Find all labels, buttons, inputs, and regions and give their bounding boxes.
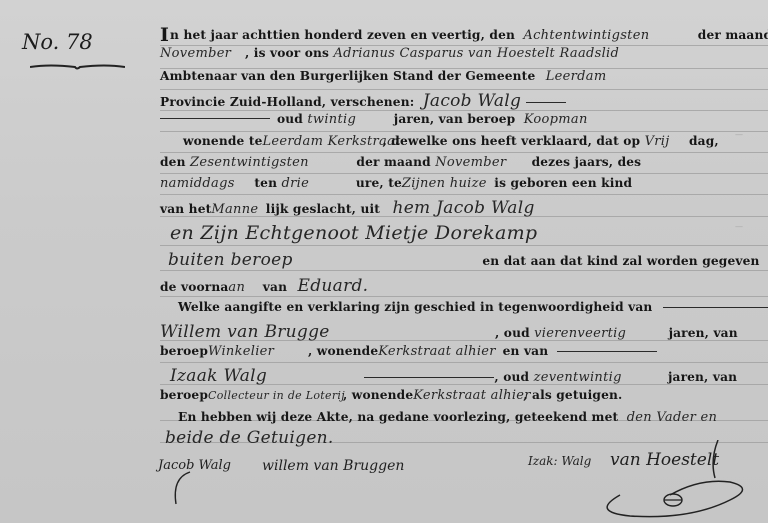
official-signature-flourish-icon — [580, 440, 765, 520]
bleed-through-text: — — [735, 130, 743, 139]
ruled-line — [160, 362, 768, 363]
handwritten-birth-day: Zesentwintigsten — [190, 155, 352, 170]
handwritten-official: Adrianus Casparus van Hoestelt Raadslid — [333, 46, 619, 61]
handwritten-birth-month: November — [435, 155, 527, 170]
handwritten-declarant-occupation: Koopman — [524, 112, 588, 127]
drop-initial: I — [160, 24, 169, 46]
handwritten-mother: en Zijn Echtgenoot Mietje Dorekamp — [170, 222, 537, 244]
printed-text: lijk geslacht, uit — [266, 202, 380, 216]
text-line-16: Izaak Walg , oud zeventwintig jaren, van — [160, 366, 737, 386]
printed-text: wonende te — [183, 134, 263, 148]
text-line-4: Provincie Zuid-Holland, verschenen: Jaco… — [160, 91, 566, 111]
signature-witness1: willem van Bruggen — [262, 458, 404, 474]
handwritten-birth-place: Zijnen huize — [402, 176, 490, 191]
printed-text: , is voor ons — [245, 46, 329, 60]
handwritten-child-name: Eduard. — [298, 276, 369, 296]
handwritten-witness1-age: vierenveertig — [534, 326, 664, 341]
printed-text: jaren, van — [668, 370, 737, 384]
handwritten-name-suffix: an — [228, 280, 258, 295]
handwritten-birth-hour: drie — [282, 176, 352, 191]
ruled-line — [160, 89, 768, 90]
ruled-line — [160, 245, 768, 246]
printed-text: Provincie Zuid-Holland, verschenen: — [160, 95, 414, 109]
printed-text: , oud — [494, 370, 529, 384]
ruled-line — [160, 152, 768, 153]
text-line-7: den Zesentwintigsten der maand November … — [160, 155, 641, 170]
handwritten-municipality: Leerdam — [546, 69, 607, 84]
printed-text: van het — [160, 202, 211, 216]
printed-text: der maand — [698, 28, 768, 42]
handwritten-witness2-name: Izaak Walg — [160, 366, 360, 386]
handwritten-sex: Manne — [211, 202, 261, 217]
printed-text: oud — [277, 112, 303, 126]
blank-line — [663, 307, 768, 308]
blank-line — [557, 351, 657, 352]
printed-text: beroep — [160, 388, 208, 402]
flourish-underline-icon — [30, 64, 125, 70]
printed-text: der maand — [356, 155, 430, 169]
signature-flourish-icon — [170, 468, 200, 508]
record-number: No. 78 — [22, 30, 93, 54]
handwritten-witness2-age: zeventwintig — [534, 370, 664, 385]
printed-text: jaren, van beroep — [394, 112, 516, 126]
printed-text: dag, — [689, 134, 719, 148]
handwritten-time-of-day: namiddags — [160, 176, 250, 191]
blank-line — [160, 118, 270, 119]
handwritten-signed-with: den Vader en — [627, 410, 718, 425]
bleed-through-text: — — [735, 222, 743, 231]
printed-text: is geboren een kind — [494, 176, 632, 190]
printed-text: de voorna — [160, 280, 228, 294]
handwritten-declarant: Jacob Walg — [423, 91, 521, 111]
handwritten-witness1-name: Willem van Brugge — [160, 322, 495, 342]
printed-text: , oud — [495, 326, 530, 340]
handwritten-day-of-act: Achtentwintigsten — [523, 28, 693, 43]
ruled-line — [160, 296, 768, 297]
handwritten-month-of-act: November — [160, 46, 245, 61]
printed-text: Welke aangifte en verklaring zijn geschi… — [178, 300, 652, 314]
text-line-2: November, is voor ons Adrianus Casparus … — [160, 46, 619, 61]
printed-text: ten — [254, 176, 277, 190]
printed-text: ure, te — [356, 176, 402, 190]
printed-text: en dat aan dat kind zal worden gegeven — [482, 254, 759, 268]
handwritten-witness2-occupation: Collecteur in de Loterij — [208, 389, 343, 402]
handwritten-witness1-occupation: Winkelier — [208, 344, 308, 359]
text-line-5: oud twintig jaren, van beroep Koopman — [277, 112, 588, 127]
printed-text: dezes jaars, des — [532, 155, 642, 169]
text-line-9: van hetManne lijk geslacht, uit hem Jaco… — [160, 198, 535, 218]
text-line-15: beroepWinkelier, wonendeKerkstraat alhie… — [160, 344, 657, 359]
handwritten-signed-with-continued: beide de Getuigen. — [165, 428, 334, 448]
handwritten-declarant-age: twintig — [307, 112, 389, 127]
handwritten-witness1-residence: Kerkstraat alhier — [378, 344, 498, 359]
printed-text: En hebben wij deze Akte, na gedane voorl… — [178, 410, 618, 424]
printed-text: , als getuigen. — [523, 388, 622, 402]
text-line-3: Ambtenaar van den Burgerlijken Stand der… — [160, 69, 606, 84]
text-line-1: In het jaar achttien honderd zeven en ve… — [160, 24, 768, 46]
handwritten-declarant-residence: Leerdam Kerkstraat — [263, 134, 383, 149]
printed-text: , wonende — [308, 344, 378, 358]
ruled-line — [160, 194, 768, 195]
text-line-19: beide de Getuigen. — [165, 428, 334, 448]
printed-text: jaren, van — [669, 326, 738, 340]
printed-text: , dewelke ons heeft verklaard, dat op — [383, 134, 641, 148]
printed-text: Ambtenaar van den Burgerlijken Stand der… — [160, 69, 535, 83]
text-line-6: wonende teLeerdam Kerkstraat, dewelke on… — [183, 134, 719, 149]
printed-text: en van — [503, 344, 549, 358]
printed-text: beroep — [160, 344, 208, 358]
text-line-13: Welke aangifte en verklaring zijn geschi… — [178, 300, 768, 314]
text-line-8: namiddags ten drie ure, teZijnen huize i… — [160, 176, 632, 191]
text-line-12: de voornaan van Eduard. — [160, 276, 368, 296]
printed-text: van — [263, 280, 287, 294]
handwritten-witness2-residence: Kerkstraat alhier — [413, 388, 523, 403]
text-line-10: en Zijn Echtgenoot Mietje Dorekamp — [170, 222, 537, 244]
text-line-17: beroepCollecteur in de Loterij, wonendeK… — [160, 388, 622, 403]
text-line-18: En hebben wij deze Akte, na gedane voorl… — [178, 410, 717, 425]
printed-text: n het jaar achttien honderd zeven en vee… — [170, 28, 515, 42]
ruled-line — [160, 173, 768, 174]
printed-text: , wonende — [343, 388, 413, 402]
handwritten-birth-weekday: Vrij — [645, 134, 685, 149]
handwritten-father: hem Jacob Walg — [392, 198, 534, 218]
handwritten-mother-occupation: buiten beroep — [168, 250, 478, 270]
blank-line — [364, 377, 494, 378]
civil-registry-birth-record: No. 78 In het jaar achttien honderd zeve… — [0, 0, 768, 523]
blank-line — [526, 102, 566, 103]
text-line-11: buiten beroep en dat aan dat kind zal wo… — [168, 250, 760, 270]
text-line-14: Willem van Brugge, oud vierenveertig jar… — [160, 322, 738, 342]
ruled-line — [160, 131, 768, 132]
printed-text: den — [160, 155, 186, 169]
ruled-line — [160, 270, 768, 271]
